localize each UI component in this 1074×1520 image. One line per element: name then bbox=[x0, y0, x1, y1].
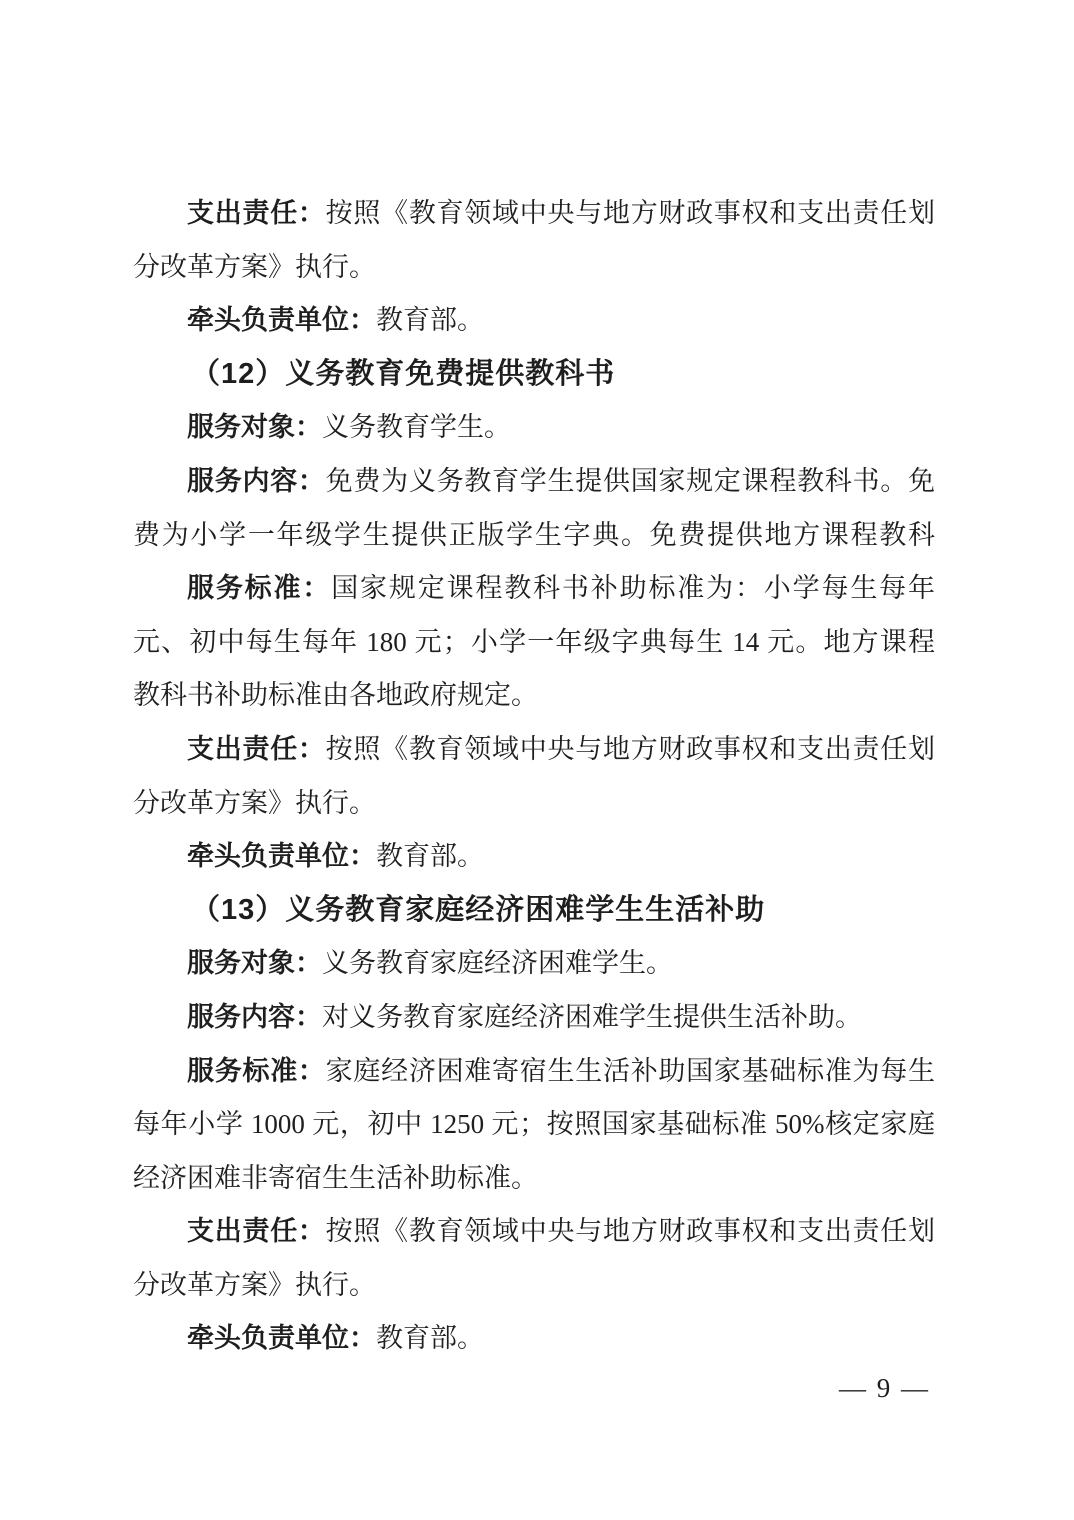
text-line: 每年小学 1000 元，初中 1250 元；按照国家基础标准 50%核定家庭 bbox=[133, 1098, 935, 1152]
paragraph-label: 服务对象： bbox=[187, 948, 322, 978]
text-line: 分改革方案》执行。 bbox=[133, 777, 935, 831]
paragraph-label: 服务内容： bbox=[187, 466, 326, 496]
line-text: 每年小学 1000 元，初中 1250 元；按照国家基础标准 50%核定家庭 bbox=[133, 1109, 935, 1139]
line-text: 义务教育家庭经济困难学生。 bbox=[322, 948, 673, 978]
line-text: 元、初中每生每年 180 元；小学一年级字典每生 14 元。地方课程 bbox=[133, 627, 935, 657]
line-text: 教育部。 bbox=[376, 841, 484, 871]
paragraph-label: 牵头负责单位： bbox=[187, 841, 376, 871]
line-text: 经济困难非寄宿生生活补助标准。 bbox=[133, 1163, 538, 1193]
line-text: 按照《教育领域中央与地方财政事权和支出责任划 bbox=[326, 198, 935, 228]
text-line: 服务内容：对义务教育家庭经济困难学生提供生活补助。 bbox=[133, 991, 935, 1045]
paragraph-label: 服务对象： bbox=[187, 412, 322, 442]
line-text: 对义务教育家庭经济困难学生提供生活补助。 bbox=[322, 1002, 862, 1032]
line-text: 教科书补助标准由各地政府规定。 bbox=[133, 680, 538, 710]
text-line: 服务对象：义务教育学生。 bbox=[133, 401, 935, 455]
line-text: 教育部。 bbox=[376, 1323, 484, 1353]
paragraph-label: 支出责任： bbox=[187, 734, 326, 764]
paragraph-label: 牵头负责单位： bbox=[187, 1323, 376, 1353]
line-text: 按照《教育领域中央与地方财政事权和支出责任划 bbox=[326, 734, 935, 764]
heading-text: （12）义务教育免费提供教科书 bbox=[191, 358, 615, 390]
line-text: 免费为义务教育学生提供国家规定课程教科书。免 bbox=[326, 466, 935, 496]
line-text: 按照《教育领域中央与地方财政事权和支出责任划 bbox=[326, 1216, 935, 1246]
text-line: 牵头负责单位：教育部。 bbox=[133, 1312, 935, 1366]
text-line: 服务对象：义务教育家庭经济困难学生。 bbox=[133, 937, 935, 991]
paragraph-label: 支出责任： bbox=[187, 198, 326, 228]
text-line: 服务标准：国家规定课程教科书补助标准为：小学每生每年 105 bbox=[133, 562, 935, 616]
line-text: 义务教育学生。 bbox=[322, 412, 511, 442]
document-body: 支出责任：按照《教育领域中央与地方财政事权和支出责任划 分改革方案》执行。 牵头… bbox=[133, 187, 935, 1366]
text-line: 费为小学一年级学生提供正版学生字典。免费提供地方课程教科书。 bbox=[133, 509, 935, 563]
text-line: 分改革方案》执行。 bbox=[133, 241, 935, 295]
line-text: 教育部。 bbox=[376, 305, 484, 335]
text-line: 支出责任：按照《教育领域中央与地方财政事权和支出责任划 bbox=[133, 1205, 935, 1259]
text-line: 牵头负责单位：教育部。 bbox=[133, 830, 935, 884]
text-line: 支出责任：按照《教育领域中央与地方财政事权和支出责任划 bbox=[133, 723, 935, 777]
page-number: — 9 — bbox=[839, 1368, 930, 1408]
paragraph-label: 支出责任： bbox=[187, 1216, 326, 1246]
paragraph-label: 服务内容： bbox=[187, 1002, 322, 1032]
section-heading-12: （12）义务教育免费提供教科书 bbox=[133, 348, 935, 402]
line-text: 分改革方案》执行。 bbox=[133, 1270, 376, 1300]
text-line: 经济困难非寄宿生生活补助标准。 bbox=[133, 1152, 935, 1206]
text-line: 支出责任：按照《教育领域中央与地方财政事权和支出责任划 bbox=[133, 187, 935, 241]
paragraph-label: 服务标准： bbox=[187, 1056, 326, 1086]
document-page: 支出责任：按照《教育领域中央与地方财政事权和支出责任划 分改革方案》执行。 牵头… bbox=[0, 0, 1074, 1520]
text-line: 服务内容：免费为义务教育学生提供国家规定课程教科书。免 bbox=[133, 455, 935, 509]
paragraph-label: 服务标准： bbox=[187, 573, 331, 603]
text-line: 分改革方案》执行。 bbox=[133, 1259, 935, 1313]
text-line: 教科书补助标准由各地政府规定。 bbox=[133, 669, 935, 723]
text-line: 元、初中每生每年 180 元；小学一年级字典每生 14 元。地方课程 bbox=[133, 616, 935, 670]
text-line: 牵头负责单位：教育部。 bbox=[133, 294, 935, 348]
line-text: 分改革方案》执行。 bbox=[133, 788, 376, 818]
paragraph-label: 牵头负责单位： bbox=[187, 305, 376, 335]
heading-text: （13）义务教育家庭经济困难学生生活补助 bbox=[191, 894, 765, 926]
line-text: 家庭经济困难寄宿生生活补助国家基础标准为每生 bbox=[326, 1056, 935, 1086]
line-text: 费为小学一年级学生提供正版学生字典。免费提供地方课程教科书。 bbox=[133, 520, 935, 563]
text-line: 服务标准：家庭经济困难寄宿生生活补助国家基础标准为每生 bbox=[133, 1045, 935, 1099]
line-text: 分改革方案》执行。 bbox=[133, 252, 376, 282]
section-heading-13: （13）义务教育家庭经济困难学生生活补助 bbox=[133, 884, 935, 938]
